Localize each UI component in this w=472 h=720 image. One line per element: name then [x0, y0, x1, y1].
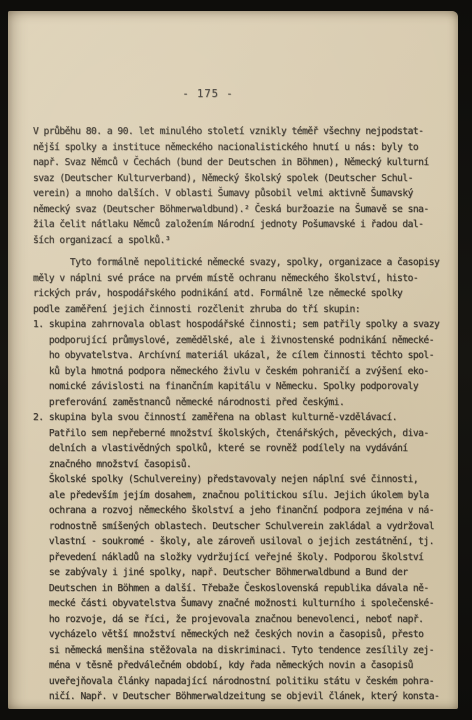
text-line: Deutschen in Böhmen a další. Třebaže Čes… — [33, 581, 461, 597]
text-line: uveřejňovala články napadající národnost… — [33, 674, 461, 690]
text-line: ale především jejím dosahem, značnou pol… — [33, 488, 461, 504]
list-item-2: 2. skupina byla svou činností zaměřena n… — [33, 410, 461, 472]
paragraph-3: Školské spolky (Schulvereiny) představov… — [33, 472, 461, 705]
page-text: V průběhu 80. a 90. let minulého století… — [33, 124, 461, 705]
text-line: ších organizací a spolků.³ — [33, 233, 461, 249]
text-line: ničí. Např. v Deutscher Böhmerwaldzeitun… — [33, 689, 461, 705]
text-line: mecké části obyvatelstva Šumavy značné m… — [33, 596, 461, 612]
text-line: Patřilo sem nepřeberné množství školskýc… — [33, 426, 461, 442]
text-line: rodnostně smíšených oblastech. Deutscher… — [33, 519, 461, 535]
text-line: měly v náplni své práce na prvém místě o… — [33, 271, 461, 287]
paragraph-2: Tyto formálně nepolitické německé svazy,… — [33, 255, 461, 317]
text-line: převedení nákladů na složky vydržující v… — [33, 550, 461, 566]
scanned-book-photo: - 175 - V průběhu 80. a 90. let minulého… — [0, 0, 472, 720]
text-line: V průběhu 80. a 90. let minulého století… — [33, 124, 461, 140]
text-line: ho rozvoje, dá se říci, že projevovala z… — [33, 612, 461, 628]
text-line: si německá menšina stěžovala na diskrimi… — [33, 643, 461, 659]
list-item-1: 1. skupina zahrnovala oblast hospodářské… — [33, 317, 461, 410]
text-line: Tyto formálně nepolitické německé svazy,… — [33, 255, 461, 271]
book-page: - 175 - V průběhu 80. a 90. let minulého… — [8, 11, 458, 709]
text-line: vycházelo větší množství německých než č… — [33, 627, 461, 643]
paragraph-1: V průběhu 80. a 90. let minulého století… — [33, 124, 461, 248]
text-line: německý svaz (Deutscher Böhmerwaldbund).… — [33, 202, 461, 218]
text-line: ména v těsně předválečném období, kdy řa… — [33, 658, 461, 674]
text-line: 1. skupina zahrnovala oblast hospodářské… — [33, 317, 461, 333]
text-line: Školské spolky (Schulvereiny) představov… — [33, 472, 461, 488]
text-line: delních a vlastivědných spolků, které se… — [33, 441, 461, 457]
text-line: verein) a mnoho dalších. V oblasti Šumav… — [33, 186, 461, 202]
text-line: 2. skupina byla svou činností zaměřena n… — [33, 410, 461, 426]
text-line: svaz (Deutscher Kulturverband), Německý … — [33, 171, 461, 187]
text-line: podle zaměření jejich činnosti rozčlenit… — [33, 302, 461, 318]
text-line: podporující průmyslové, zemědělské, ale … — [33, 333, 461, 349]
text-line: vlastní - soukromé - školy, ale zároveň … — [33, 534, 461, 550]
text-line: značného množství časopisů. — [33, 457, 461, 473]
page-number: - 175 - — [8, 88, 408, 100]
text-line: např. Svaz Němců v Čechách (bund der Deu… — [33, 155, 461, 171]
text-line: rických práv, hospodářského podnikání at… — [33, 286, 461, 302]
text-line: žila čelit nátlaku Němců založením Národ… — [33, 217, 461, 233]
text-line: se zabývaly i jiné spolky, např. Deutsch… — [33, 565, 461, 581]
text-line: nomické závislosti na finančním kapitálu… — [33, 379, 461, 395]
text-line: nější spolky a instituce německého nacio… — [33, 140, 461, 156]
text-line: ho obyvatelstva. Archívní materiál ukáza… — [33, 348, 461, 364]
text-line: ků byla hmotná podpora německého živlu v… — [33, 364, 461, 380]
text-line: ochrana a rozvoj německého školství a je… — [33, 503, 461, 519]
text-line: preferování zaměstnanců německé národnos… — [33, 395, 461, 411]
